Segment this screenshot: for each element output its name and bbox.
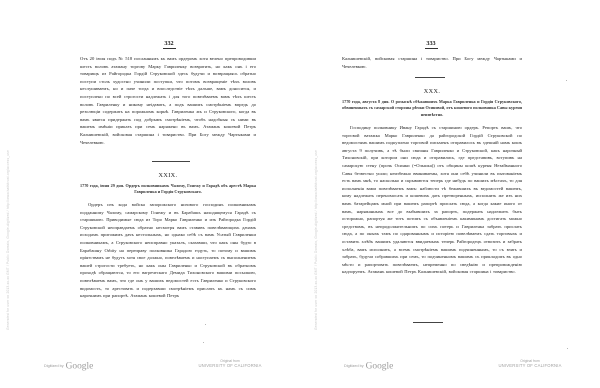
paragraph: Ордеръ изъ кода войска запорожского низо… (80, 201, 256, 323)
right-page: Generated for user on 2013-xx-xx GMT / P… (300, 0, 600, 388)
google-logo: Google (66, 361, 94, 371)
digitized-by-label: Digitized by (344, 364, 364, 368)
section-divider (152, 161, 190, 162)
section-summary: 1770 года, августа 8 дня. О розыскѣ сбѣж… (342, 99, 522, 119)
scan-artifact (566, 80, 567, 81)
scan-artifact (203, 342, 204, 343)
digitized-by-google: Digitized byGoogle (344, 357, 393, 375)
scan-artifact (205, 324, 206, 325)
body-text-bottom: Ордеръ изъ кода войска запорожского низо… (80, 201, 256, 323)
paragraph: Господину полковнику Ивану Гарадѣ съ ста… (342, 124, 522, 314)
digitized-by-google: Digitized byGoogle (44, 357, 93, 375)
section-heading: XXX. (342, 88, 522, 95)
paragraph: Отъ 20 іюля подъ № 518 посланнымъ къ вам… (80, 55, 256, 155)
body-text-top: Отъ 20 іюля подъ № 518 посланнымъ къ вам… (80, 55, 256, 155)
body-text-top: Калнишевскій, войсковая старшина і товар… (342, 55, 522, 71)
page-number: 333 (411, 40, 451, 49)
google-logo: Google (366, 361, 394, 371)
page-number: 332 (149, 40, 189, 49)
closing-divider (413, 322, 443, 323)
institution-name: UNIVERSITY OF CALIFORNIA (490, 364, 570, 369)
scan-artifact (567, 348, 568, 349)
section-divider (415, 77, 445, 78)
original-from: Original from UNIVERSITY OF CALIFORNIA (190, 359, 270, 368)
left-page: Generated for user on 2013-xx-xx GMT / P… (0, 0, 300, 388)
side-watermark: Generated for user on 2013-xx-xx GMT / P… (6, 150, 14, 330)
paragraph: Калнишевскій, войсковая старшина і товар… (342, 55, 522, 71)
section-summary: 1770 года, іюня 29 дня. Ордеръ полковник… (80, 183, 256, 196)
body-text-bottom: Господину полковнику Ивану Гарадѣ съ ста… (342, 124, 522, 314)
original-from: Original from UNIVERSITY OF CALIFORNIA (490, 359, 570, 368)
section-heading: XXIX. (80, 172, 256, 179)
side-watermark: Generated for user on 2013-xx-xx GMT / P… (314, 150, 322, 330)
institution-name: UNIVERSITY OF CALIFORNIA (190, 364, 270, 369)
digitized-by-label: Digitized by (44, 364, 64, 368)
